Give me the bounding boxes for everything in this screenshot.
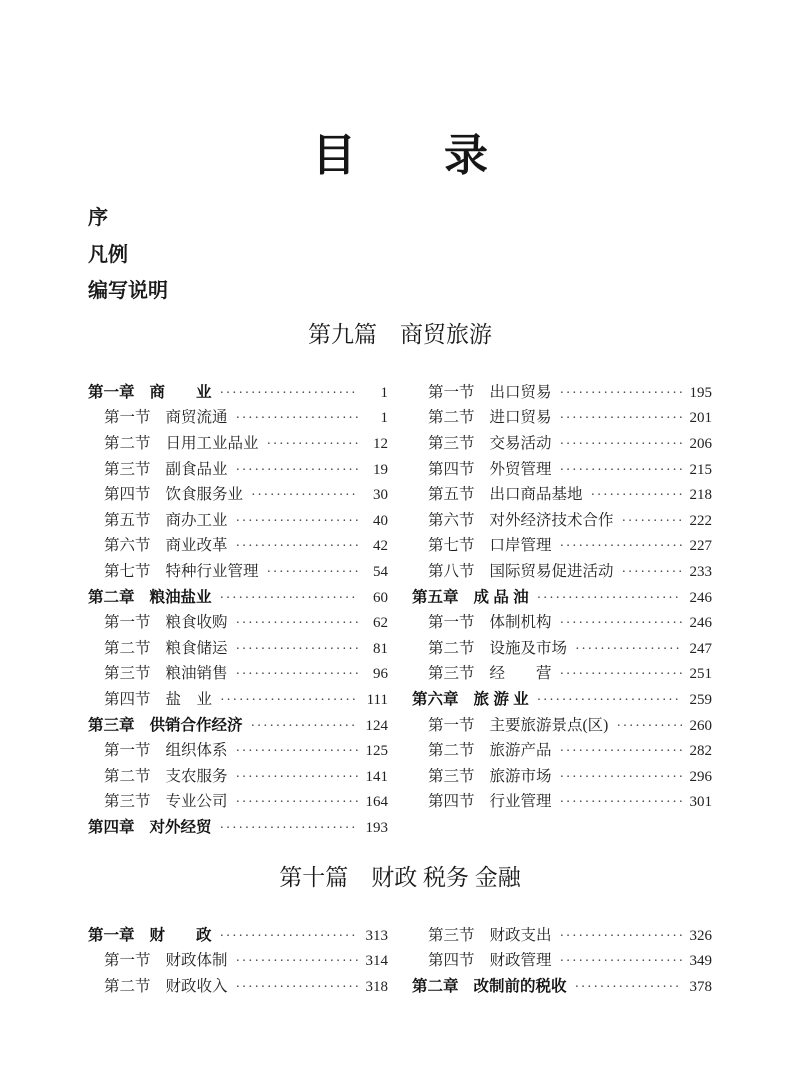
entry-title: 财政收入 <box>166 974 228 1000</box>
entry-label: 第四章 <box>88 815 135 841</box>
entry-label: 第五节 <box>104 508 151 534</box>
toc-entry: 第四节 饮食服务业 30 <box>88 482 388 508</box>
entry-title: 旅 游 业 <box>474 687 529 713</box>
entry-title: 支农服务 <box>166 764 228 790</box>
entry-page-number: 318 <box>364 975 388 1001</box>
entry-label: 第三章 <box>88 713 135 739</box>
toc-entry: 第三节 专业公司 164 <box>88 789 388 815</box>
dot-leader <box>236 974 358 1001</box>
entry-title: 粮油销售 <box>166 661 228 687</box>
entry-page-number: 111 <box>364 688 388 714</box>
toc-entry: 第七节 特种行业管理 54 <box>88 559 388 585</box>
frontmatter-list: 序凡例编写说明 <box>88 200 712 310</box>
toc-entry: 第五节 商办工业 40 <box>88 508 388 534</box>
entry-page-number: 227 <box>688 534 712 560</box>
entry-title: 专业公司 <box>166 789 228 815</box>
entry-page-number: 81 <box>364 637 388 663</box>
toc-columns: 第一章 商 业 1 第一节 商贸流通 1 第二节 日用工业品业 12 第三节 副… <box>88 380 712 841</box>
entry-label: 第五章 <box>412 585 459 611</box>
entry-page-number: 246 <box>688 586 712 612</box>
entry-label: 第二节 <box>428 738 475 764</box>
entry-page-number: 1 <box>364 406 388 432</box>
dot-leader <box>560 789 682 816</box>
toc-entry: 第六章 旅 游 业 259 <box>412 687 712 713</box>
dot-leader <box>560 923 682 950</box>
entry-page-number: 259 <box>688 688 712 714</box>
dot-leader <box>267 559 358 586</box>
dot-leader <box>236 508 358 535</box>
entry-label: 第三节 <box>428 764 475 790</box>
dot-leader <box>537 585 682 612</box>
entry-page-number: 314 <box>364 949 388 975</box>
entry-label: 第四节 <box>104 482 151 508</box>
dot-leader <box>537 687 682 714</box>
entry-page-number: 62 <box>364 611 388 637</box>
toc-entry: 第一节 主要旅游景点(区) 260 <box>412 713 712 739</box>
dot-leader <box>560 431 682 458</box>
entry-title: 外贸管理 <box>490 457 552 483</box>
toc-column-left: 第一章 商 业 1 第一节 商贸流通 1 第二节 日用工业品业 12 第三节 副… <box>88 380 388 841</box>
toc-column-right: 第三节 财政支出 326 第四节 财政管理 349 第二章 改制前的税收 378 <box>412 923 712 1000</box>
entry-label: 第一节 <box>428 610 475 636</box>
entry-title: 饮食服务业 <box>166 482 244 508</box>
entry-page-number: 195 <box>688 381 712 407</box>
entry-title: 出口商品基地 <box>490 482 583 508</box>
entry-label: 第一节 <box>104 405 151 431</box>
toc-column-left: 第一章 财 政 313 第一节 财政体制 314 第二节 财政收入 318 <box>88 923 388 1000</box>
toc-entry: 第五章 成 品 油 246 <box>412 585 712 611</box>
entry-label: 第二章 <box>412 974 459 1000</box>
entry-page-number: 251 <box>688 662 712 688</box>
toc-entry: 第一章 财 政 313 <box>88 923 388 949</box>
toc-part: 第十篇 财政 税务 金融 第一章 财 政 313 第一节 财政体制 314 第二… <box>88 863 712 1000</box>
entry-label: 第五节 <box>428 482 475 508</box>
entry-label: 第三节 <box>104 457 151 483</box>
entry-title: 组织体系 <box>166 738 228 764</box>
entry-title: 日用工业品业 <box>166 431 259 457</box>
toc-entry: 第三节 经 营 251 <box>412 661 712 687</box>
entry-label: 第三节 <box>104 789 151 815</box>
entry-page-number: 141 <box>364 765 388 791</box>
dot-leader <box>560 738 682 765</box>
entry-page-number: 222 <box>688 509 712 535</box>
entry-title: 财政支出 <box>490 923 552 949</box>
entry-page-number: 313 <box>364 924 388 950</box>
entry-page-number: 60 <box>364 586 388 612</box>
dot-leader <box>236 789 358 816</box>
entry-page-number: 125 <box>364 739 388 765</box>
toc-entry: 第二节 日用工业品业 12 <box>88 431 388 457</box>
entry-label: 第四节 <box>428 948 475 974</box>
part-heading: 第十篇 财政 税务 金融 <box>88 863 712 893</box>
toc-entry: 第四节 外贸管理 215 <box>412 457 712 483</box>
entry-label: 第六章 <box>412 687 459 713</box>
dot-leader <box>560 948 682 975</box>
toc-entry: 第六节 对外经济技术合作 222 <box>412 508 712 534</box>
dot-leader <box>220 380 358 407</box>
toc-entry: 第五节 出口商品基地 218 <box>412 482 712 508</box>
entry-title: 交易活动 <box>490 431 552 457</box>
toc-entry: 第八节 国际贸易促进活动 233 <box>412 559 712 585</box>
entry-label: 第八节 <box>428 559 475 585</box>
toc-entry: 第二章 改制前的税收 378 <box>412 974 712 1000</box>
entry-label: 第一节 <box>104 610 151 636</box>
entry-title: 出口贸易 <box>490 380 552 406</box>
toc-entry: 第二节 进口贸易 201 <box>412 405 712 431</box>
entry-page-number: 247 <box>688 637 712 663</box>
toc-page: 目 录 序凡例编写说明 第九篇 商贸旅游 第一章 商 业 1 第一节 商贸流通 … <box>0 0 800 1077</box>
entry-title: 粮油盐业 <box>150 585 212 611</box>
dot-leader <box>575 636 682 663</box>
toc-parts: 第九篇 商贸旅游 第一章 商 业 1 第一节 商贸流通 1 第二节 日用工业品业… <box>88 320 712 999</box>
entry-label: 第二节 <box>104 636 151 662</box>
part-heading: 第九篇 商贸旅游 <box>88 320 712 350</box>
entry-title: 成 品 油 <box>474 585 529 611</box>
dot-leader <box>560 610 682 637</box>
entry-page-number: 246 <box>688 611 712 637</box>
dot-leader <box>591 482 682 509</box>
entry-title: 对外经贸 <box>150 815 212 841</box>
toc-entry: 第三节 副食品业 19 <box>88 457 388 483</box>
entry-label: 第四节 <box>104 687 151 713</box>
toc-entry: 第一节 出口贸易 195 <box>412 380 712 406</box>
toc-entry: 第二节 支农服务 141 <box>88 764 388 790</box>
entry-title: 旅游市场 <box>490 764 552 790</box>
entry-page-number: 260 <box>688 714 712 740</box>
entry-label: 第二节 <box>104 764 151 790</box>
entry-label: 第二节 <box>428 636 475 662</box>
entry-label: 第一章 <box>88 923 135 949</box>
dot-leader <box>560 405 682 432</box>
entry-label: 第三节 <box>428 923 475 949</box>
entry-title: 商办工业 <box>166 508 228 534</box>
entry-title: 商 业 <box>150 380 212 406</box>
entry-page-number: 282 <box>688 739 712 765</box>
entry-title: 旅游产品 <box>490 738 552 764</box>
dot-leader <box>560 764 682 791</box>
entry-page-number: 42 <box>364 534 388 560</box>
toc-columns: 第一章 财 政 313 第一节 财政体制 314 第二节 财政收入 318 第三… <box>88 923 712 1000</box>
entry-label: 第六节 <box>428 508 475 534</box>
entry-title: 对外经济技术合作 <box>490 508 614 534</box>
toc-entry: 第一节 组织体系 125 <box>88 738 388 764</box>
toc-entry: 第四节 盐 业 111 <box>88 687 388 713</box>
toc-entry: 第三节 旅游市场 296 <box>412 764 712 790</box>
dot-leader <box>236 636 358 663</box>
entry-title: 进口贸易 <box>490 405 552 431</box>
entry-label: 第二节 <box>104 974 151 1000</box>
entry-title: 财政管理 <box>490 948 552 974</box>
toc-entry: 第一节 体制机构 246 <box>412 610 712 636</box>
frontmatter-item: 编写说明 <box>88 273 712 310</box>
dot-leader <box>560 457 682 484</box>
dot-leader <box>236 738 358 765</box>
entry-page-number: 218 <box>688 483 712 509</box>
dot-leader <box>622 559 682 586</box>
entry-page-number: 19 <box>364 458 388 484</box>
dot-leader <box>236 661 358 688</box>
toc-entry: 第一节 商贸流通 1 <box>88 405 388 431</box>
dot-leader <box>220 687 358 714</box>
entry-page-number: 30 <box>364 483 388 509</box>
entry-title: 特种行业管理 <box>166 559 259 585</box>
toc-entry: 第四节 行业管理 301 <box>412 789 712 815</box>
toc-entry: 第四章 对外经贸 193 <box>88 815 388 841</box>
entry-page-number: 54 <box>364 560 388 586</box>
entry-title: 副食品业 <box>166 457 228 483</box>
dot-leader <box>560 533 682 560</box>
dot-leader <box>251 713 358 740</box>
entry-label: 第一节 <box>428 713 475 739</box>
frontmatter-item: 凡例 <box>88 237 712 274</box>
entry-title: 粮食收购 <box>166 610 228 636</box>
frontmatter-item: 序 <box>88 200 712 237</box>
toc-entry: 第七节 口岸管理 227 <box>412 533 712 559</box>
toc-entry: 第二节 旅游产品 282 <box>412 738 712 764</box>
dot-leader <box>251 482 358 509</box>
entry-title: 商贸流通 <box>166 405 228 431</box>
entry-page-number: 96 <box>364 662 388 688</box>
toc-entry: 第一节 财政体制 314 <box>88 948 388 974</box>
toc-entry: 第三节 粮油销售 96 <box>88 661 388 687</box>
entry-page-number: 164 <box>364 790 388 816</box>
entry-label: 第一节 <box>104 738 151 764</box>
entry-label: 第四节 <box>428 457 475 483</box>
entry-title: 粮食储运 <box>166 636 228 662</box>
dot-leader <box>220 923 358 950</box>
entry-page-number: 349 <box>688 949 712 975</box>
dot-leader <box>220 585 358 612</box>
entry-page-number: 124 <box>364 714 388 740</box>
entry-title: 财 政 <box>150 923 212 949</box>
entry-page-number: 201 <box>688 406 712 432</box>
toc-entry: 第二章 粮油盐业 60 <box>88 585 388 611</box>
entry-label: 第一章 <box>88 380 135 406</box>
dot-leader <box>560 661 682 688</box>
entry-title: 口岸管理 <box>490 533 552 559</box>
entry-title: 行业管理 <box>490 789 552 815</box>
dot-leader <box>236 610 358 637</box>
toc-column-right: 第一节 出口贸易 195 第二节 进口贸易 201 第三节 交易活动 206 第… <box>412 380 712 841</box>
dot-leader <box>616 713 682 740</box>
entry-page-number: 1 <box>364 381 388 407</box>
entry-label: 第七节 <box>428 533 475 559</box>
entry-page-number: 296 <box>688 765 712 791</box>
dot-leader <box>236 457 358 484</box>
entry-title: 设施及市场 <box>490 636 568 662</box>
entry-page-number: 193 <box>364 816 388 842</box>
dot-leader <box>575 974 682 1001</box>
entry-page-number: 206 <box>688 432 712 458</box>
entry-title: 盐 业 <box>166 687 213 713</box>
entry-page-number: 40 <box>364 509 388 535</box>
entry-label: 第二章 <box>88 585 135 611</box>
entry-label: 第六节 <box>104 533 151 559</box>
entry-label: 第一节 <box>104 948 151 974</box>
entry-page-number: 233 <box>688 560 712 586</box>
toc-entry: 第一章 商 业 1 <box>88 380 388 406</box>
dot-leader <box>622 508 682 535</box>
toc-entry: 第三节 财政支出 326 <box>412 923 712 949</box>
toc-entry: 第三章 供销合作经济 124 <box>88 713 388 739</box>
dot-leader <box>236 764 358 791</box>
entry-page-number: 378 <box>688 975 712 1001</box>
toc-entry: 第一节 粮食收购 62 <box>88 610 388 636</box>
dot-leader <box>236 533 358 560</box>
entry-page-number: 326 <box>688 924 712 950</box>
entry-label: 第二节 <box>428 405 475 431</box>
entry-label: 第四节 <box>428 789 475 815</box>
entry-label: 第三节 <box>104 661 151 687</box>
entry-title: 主要旅游景点(区) <box>490 713 609 739</box>
dot-leader <box>267 431 358 458</box>
page-title: 目 录 <box>88 0 712 180</box>
entry-title: 财政体制 <box>166 948 228 974</box>
toc-entry: 第二节 财政收入 318 <box>88 974 388 1000</box>
entry-label: 第三节 <box>428 661 475 687</box>
entry-title: 国际贸易促进活动 <box>490 559 614 585</box>
entry-label: 第三节 <box>428 431 475 457</box>
entry-title: 经 营 <box>490 661 552 687</box>
toc-entry: 第四节 财政管理 349 <box>412 948 712 974</box>
dot-leader <box>220 815 358 842</box>
entry-label: 第二节 <box>104 431 151 457</box>
toc-entry: 第二节 粮食储运 81 <box>88 636 388 662</box>
dot-leader <box>236 948 358 975</box>
entry-title: 供销合作经济 <box>150 713 243 739</box>
toc-entry: 第六节 商业改革 42 <box>88 533 388 559</box>
dot-leader <box>560 380 682 407</box>
toc-part: 第九篇 商贸旅游 第一章 商 业 1 第一节 商贸流通 1 第二节 日用工业品业… <box>88 320 712 841</box>
toc-entry: 第三节 交易活动 206 <box>412 431 712 457</box>
entry-title: 商业改革 <box>166 533 228 559</box>
entry-title: 改制前的税收 <box>474 974 567 1000</box>
entry-label: 第七节 <box>104 559 151 585</box>
entry-label: 第一节 <box>428 380 475 406</box>
entry-page-number: 12 <box>364 432 388 458</box>
dot-leader <box>236 405 358 432</box>
entry-title: 体制机构 <box>490 610 552 636</box>
entry-page-number: 301 <box>688 790 712 816</box>
entry-page-number: 215 <box>688 458 712 484</box>
toc-entry: 第二节 设施及市场 247 <box>412 636 712 662</box>
